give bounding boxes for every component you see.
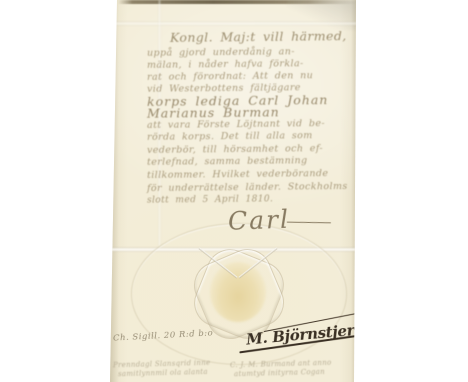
manuscript-line: Kongl. Maj:t vill härmed, (170, 28, 347, 45)
paper-crease (110, 21, 357, 26)
pencil-annotation: samitlynnmil ola alanta (118, 368, 208, 378)
pencil-annotation: atumtyd inityrna Cogan (234, 368, 325, 378)
royal-signature-text: Carl (228, 205, 291, 236)
manuscript-line: tillkommer. Hvilket vederbörande (147, 168, 328, 181)
manuscript-line: rat och förordnat: Att den nu (147, 70, 313, 83)
manuscript-line: att vara Förste Löjtnant vid be- (147, 118, 325, 131)
manuscript-paper: Kongl. Maj:t vill härmed, uppå gjord und… (110, 0, 357, 382)
manuscript-date-line: slott med 5 April 1810. (147, 194, 273, 205)
manuscript-line: rörda korps. Det till alla som (147, 130, 313, 143)
royal-signature: Carl (228, 203, 332, 236)
document-photo: Kongl. Maj:t vill härmed, uppå gjord und… (0, 0, 468, 382)
seal-wafer (210, 262, 266, 322)
manuscript-line: terlefnad, samma bestämning (147, 155, 308, 168)
manuscript-line: vederbör, till hörsamhet och ef- (147, 143, 323, 156)
paper-edge-left (110, 0, 119, 382)
manuscript-line: mälan, i nåder hafva förkla- (147, 58, 304, 71)
manuscript-line: för underrättelse länder. Stockholms (147, 181, 348, 194)
signature-flourish (287, 212, 331, 224)
manuscript-line: uppå gjord underdånig an- (147, 46, 295, 59)
